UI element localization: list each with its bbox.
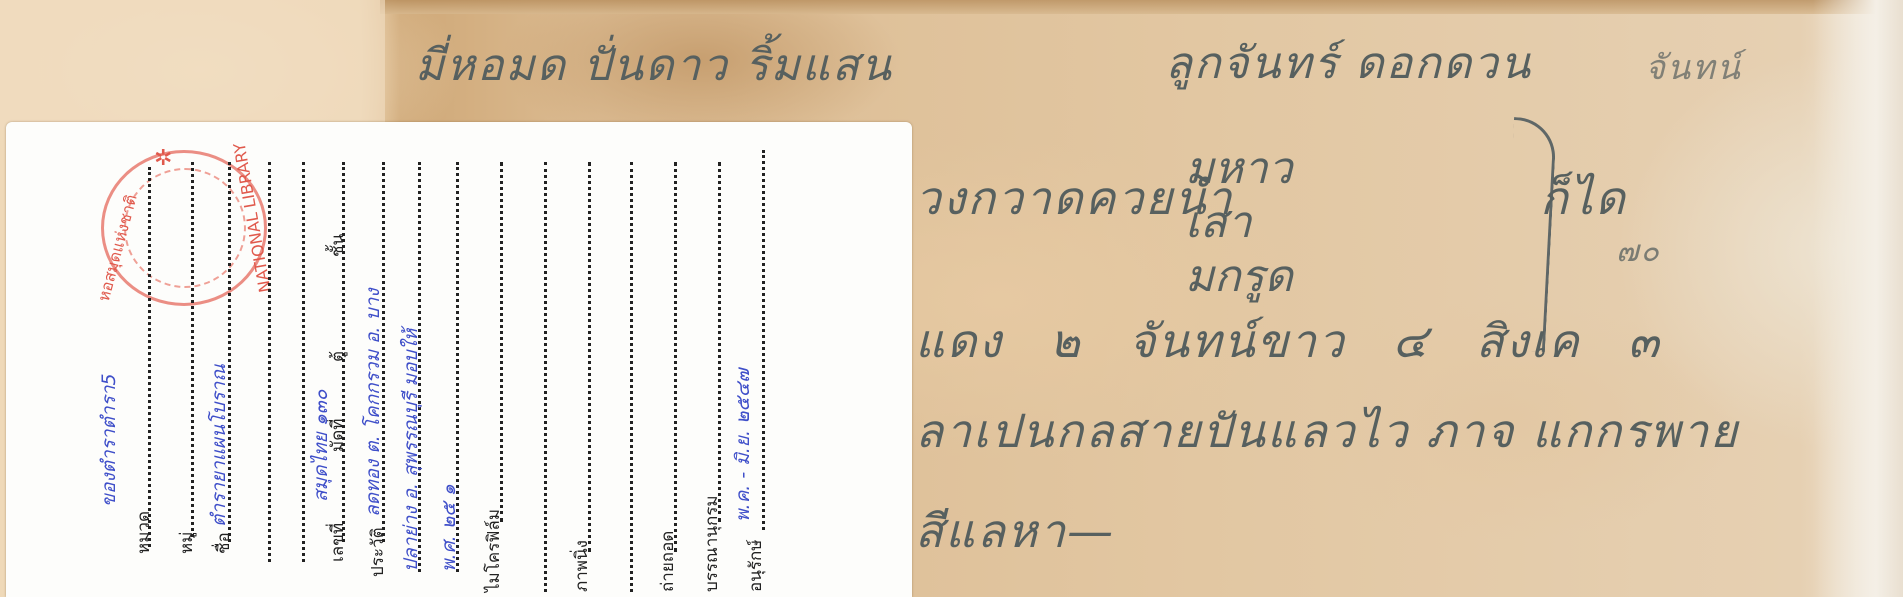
manuscript-top-edge	[380, 0, 1903, 14]
field-label-history: ประวัติ	[364, 527, 391, 577]
field-line	[630, 162, 633, 592]
field-line	[500, 162, 503, 522]
manuscript-line: จันทน์	[1645, 40, 1742, 94]
manuscript-right-curl	[1813, 0, 1903, 597]
field-line	[588, 162, 591, 552]
field-label-bibliography: บรรณานุกรม	[698, 495, 725, 592]
manuscript-line: สีแลหา—	[915, 495, 1115, 568]
field-label-group: หมู่	[173, 532, 200, 554]
field-label-still-image: ภาพนิ่ง	[568, 540, 595, 592]
manuscript-number: ๗๐	[1616, 228, 1661, 275]
field-value-number[interactable]: สมุดไทย ๑๓๐	[306, 390, 336, 502]
manuscript-line: มี่หอมด ปั่นดาว ริ้มแสน	[415, 30, 893, 100]
field-value-title[interactable]: ตำรายาแผนโบราณ	[204, 364, 234, 527]
manuscript-word: มหาว	[1185, 142, 1293, 196]
manuscript-stacked-words: มหาว เสา มกรูด	[1185, 142, 1293, 304]
field-value-history-3[interactable]: พ.ศ. ๒๕ ๑	[434, 484, 464, 572]
field-value-category[interactable]: ของตำราตำรา5	[94, 373, 124, 507]
field-value-history-1[interactable]: ลดทอง ต. โคกกรวม อ. บาง	[358, 288, 388, 517]
catalog-card: ✲ หอสมุดแห่งชาติ NATIONAL LIBRARY หมวด ข…	[6, 122, 912, 597]
manuscript-left-flap	[0, 0, 385, 130]
field-label-shelf: ชั้น	[324, 234, 351, 257]
field-label-title: ชื่อ	[210, 532, 237, 554]
manuscript-word: มกรูด	[1185, 250, 1293, 304]
field-line	[191, 162, 194, 537]
field-line	[302, 162, 305, 562]
field-label-conservation: อนุรักษ์	[742, 540, 769, 592]
field-label-cabinet: ตู้	[324, 351, 351, 362]
field-line	[674, 162, 677, 552]
field-line	[268, 162, 271, 562]
field-value-conservation[interactable]: พ.ค. - มิ.ย. ๒๕๔๗	[728, 368, 758, 522]
field-label-transcription: ถ่ายถอด	[654, 531, 681, 592]
manuscript-line: แดง ๒ จันทน์ขาว ๔ สิงเค ๓	[915, 305, 1661, 378]
field-value-history-2[interactable]: ปลาย่าง อ. สุพรรณบุรี มอบให้	[396, 329, 426, 572]
field-label-category: หมวด	[130, 511, 157, 554]
field-label-microfilm: ไมโครฟิล์ม	[480, 509, 507, 592]
field-line	[762, 150, 765, 530]
field-line	[544, 162, 547, 592]
field-line	[718, 162, 721, 522]
field-label-number: เลขที่	[324, 523, 351, 562]
stamp-star-icon: ✲	[154, 146, 172, 171]
manuscript-line: ลาเปนกลสายปันแลวไว ภาจ แกกรพาย	[915, 395, 1739, 468]
manuscript-line: ก็ได	[1540, 162, 1627, 235]
field-line	[148, 167, 151, 547]
manuscript-word: เสา	[1185, 196, 1293, 250]
manuscript-line: ลูกจันทร์ ดอกดวน	[1165, 28, 1532, 98]
